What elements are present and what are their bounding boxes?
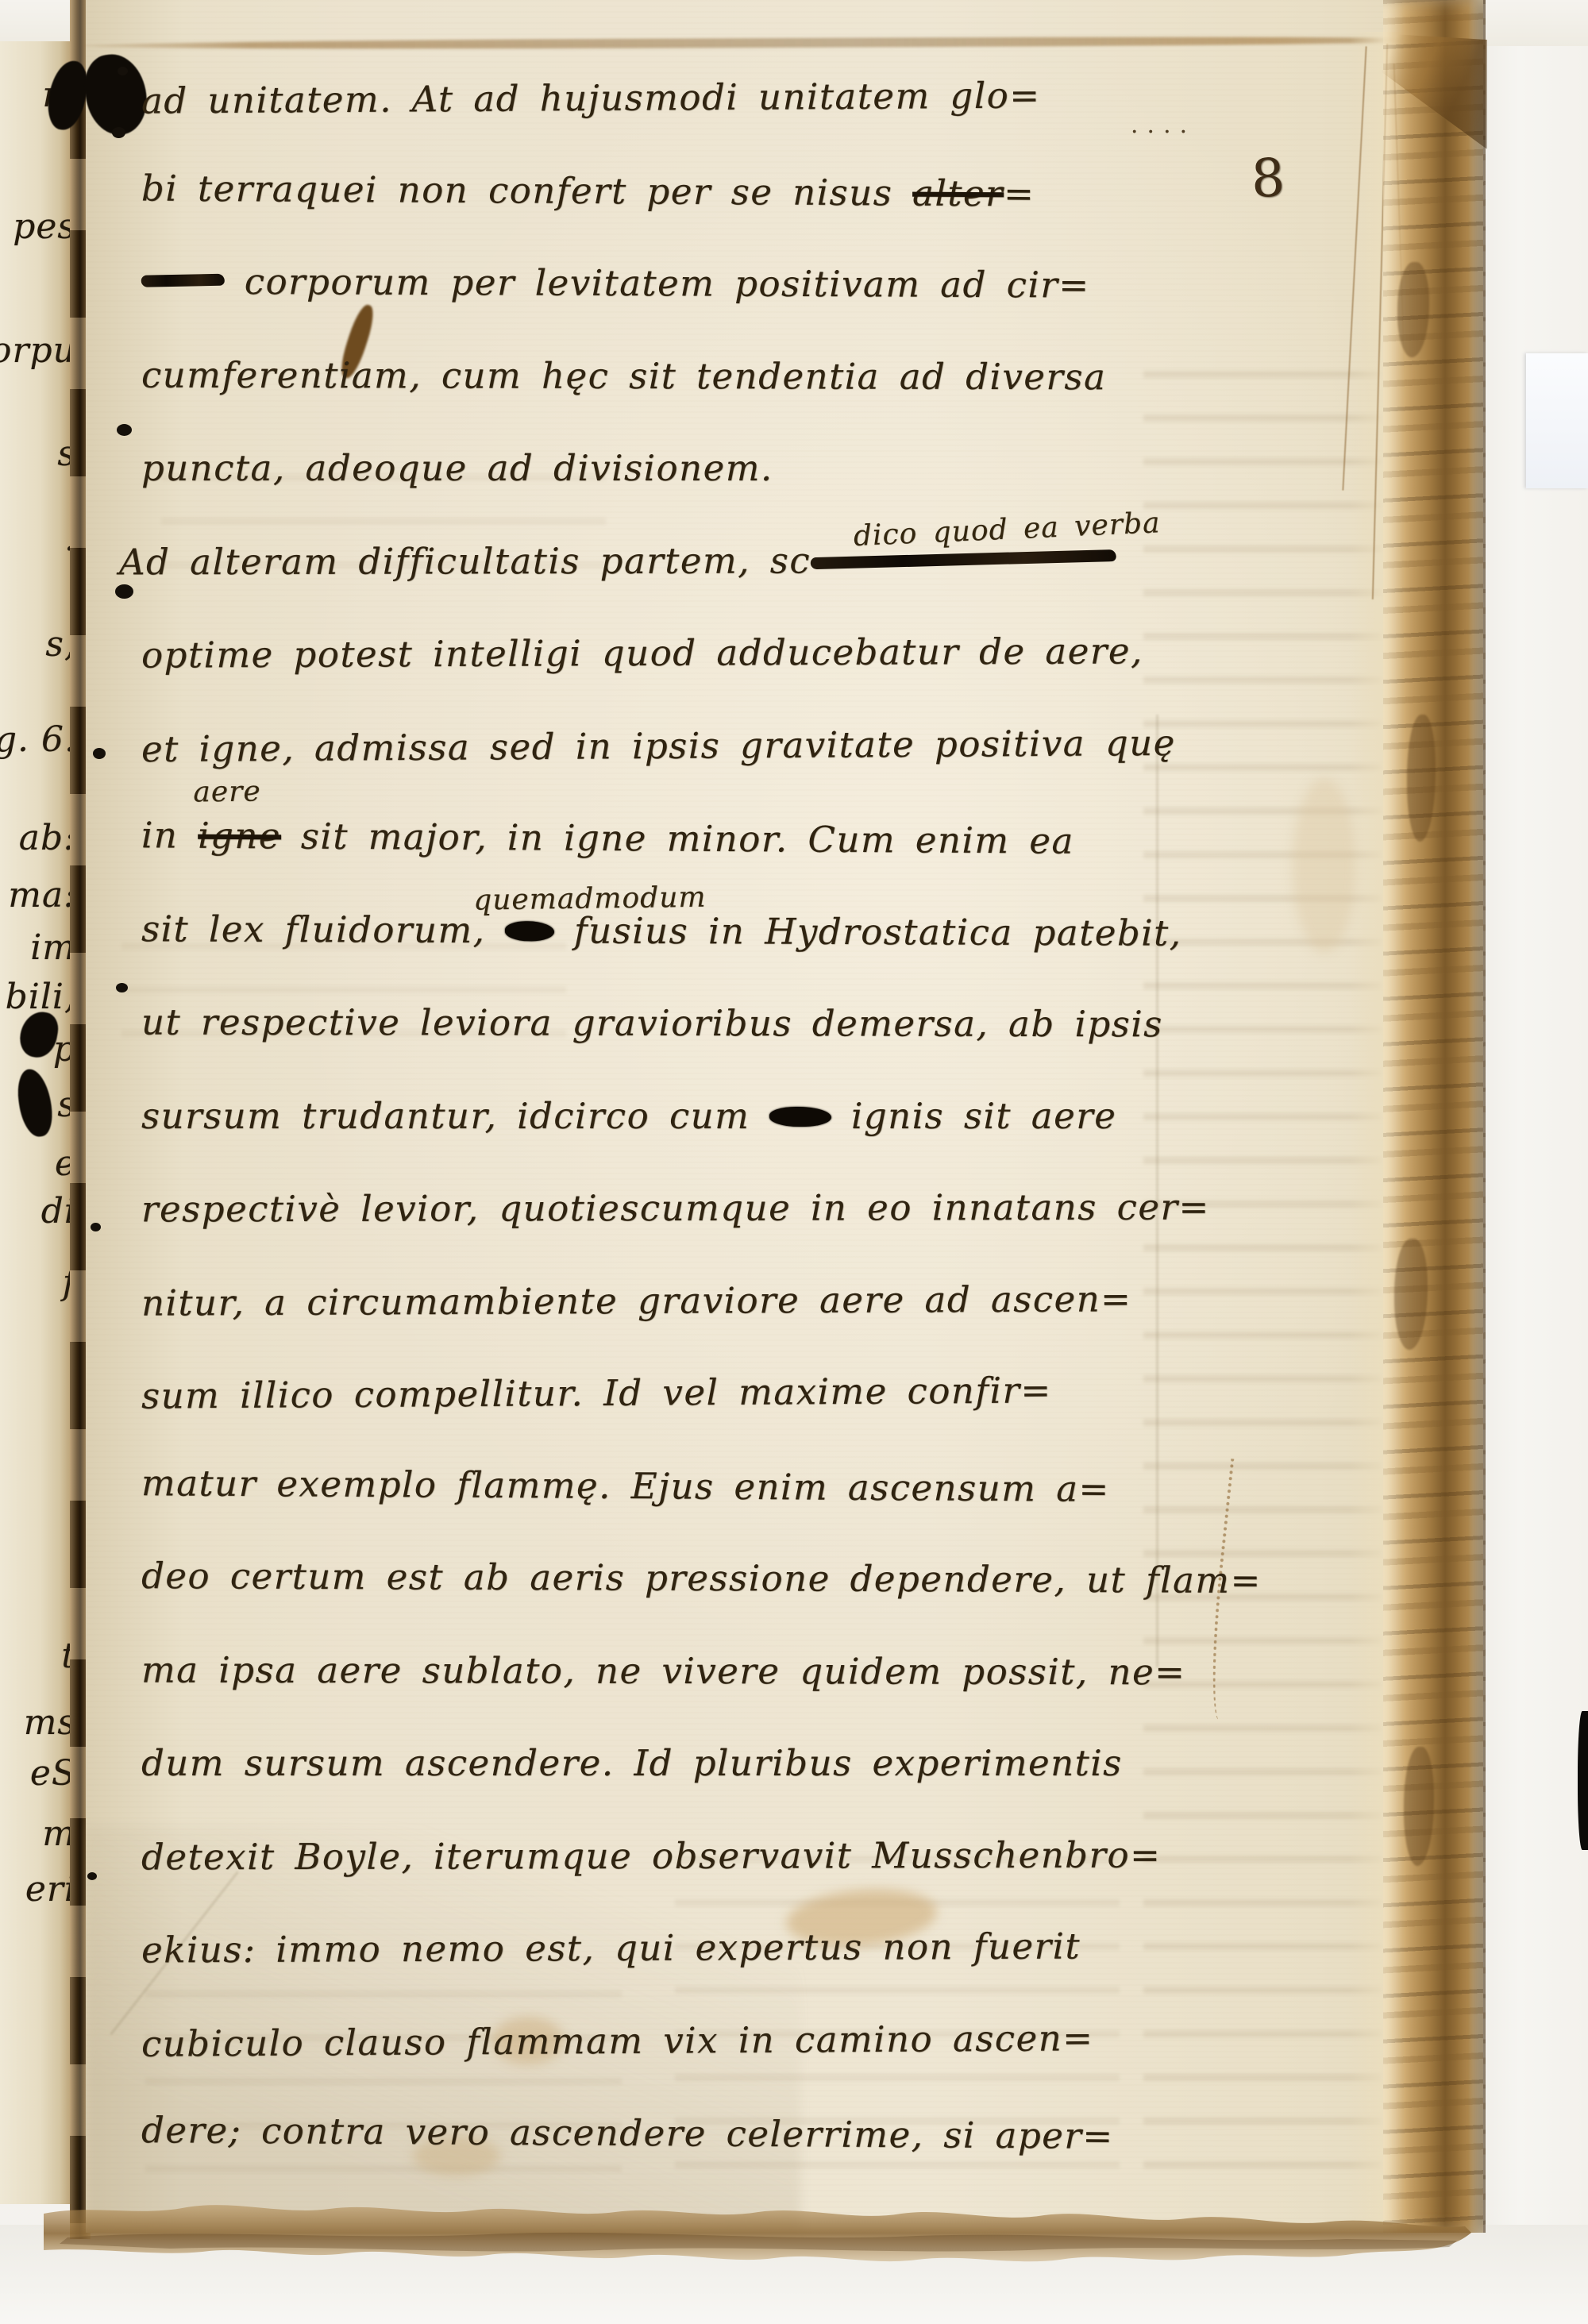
handwritten-text: ma ipsa aere sublato, ne vivere quidem p… (141, 1648, 1185, 1693)
manuscript-line: cubiculo clauso flammam vix in camino as… (141, 2019, 1094, 2063)
handwritten-text: sit lex fluidorum, (141, 908, 505, 951)
manuscript-line: sursum trudantur, idcirco cum ignis sit … (141, 1097, 1116, 1135)
margin-fragment: bili, (6, 980, 76, 1015)
manuscript-line: dere; contra vero ascendere celerrime, s… (141, 2111, 1114, 2155)
handwritten-text: nitur, a circumambiente graviore aere ad… (141, 1278, 1132, 1324)
torn-bottom-edge (44, 2164, 1485, 2284)
handwritten-text: = (1004, 172, 1035, 214)
manuscript-line: nitur, a circumambiente graviore aere ad… (141, 1280, 1132, 1321)
handwritten-text: ut respective leviora gravioribus demers… (141, 1001, 1163, 1046)
handwritten-text: fusius in Hydrostatica patebit, (554, 909, 1182, 954)
handwritten-text: in (141, 814, 198, 856)
handwritten-text: detexit Boyle, iterumque observavit Muss… (141, 1833, 1161, 1878)
handwritten-text: Ad alteram difficultatis partem, sc (119, 539, 811, 583)
handwritten-text: dum sursum ascendere. Id pluribus experi… (141, 1742, 1123, 1784)
manuscript-line: Ad alteram difficultatis partem, scdico … (119, 541, 1116, 580)
page-number: 8 (1251, 152, 1285, 205)
manuscript-line: et igne, admissa sed in ipsis gravitate … (141, 723, 1176, 767)
margin-fragment: corpu (0, 333, 76, 368)
previous-page-edge: mpescorpus·s,g. 6.ab:ma:imbili,psediſtms… (0, 41, 73, 2204)
manuscript-line: matur exemplo flammę. Ejus enim ascensum… (141, 1464, 1110, 1508)
manuscript-page: ad unitatem. At ad hujusmodi unitatem gl… (86, 0, 1483, 2233)
handwritten-text: respectivè levior, quotiescumque in eo i… (141, 1186, 1210, 1231)
scanner-background-right (1473, 0, 1588, 2324)
handwritten-text: dere; contra vero ascendere celerrime, s… (141, 2109, 1114, 2157)
scribbled-out-text (141, 274, 225, 287)
handwritten-text: et igne, admissa sed in ipsis gravitate … (141, 721, 1176, 769)
interlinear-insertion: dico quod ea verba (853, 509, 1161, 551)
text-block: ad unitatem. At ad hujusmodi unitatem gl… (86, 0, 1483, 2233)
manuscript-line: corporum per levitatem positivam ad cir= (141, 262, 1090, 303)
manuscript-line: sum illico compellitur. Id vel maxime co… (141, 1371, 1052, 1414)
manuscript-line: ma ipsa aere sublato, ne vivere quidem p… (141, 1651, 1185, 1690)
manuscript-line: dum sursum ascendere. Id pluribus experi… (141, 1744, 1123, 1782)
manuscript-line: ut respective leviora gravioribus demers… (141, 1004, 1163, 1043)
manuscript-line: puncta, adeoque ad divisionem. (141, 449, 773, 487)
edge-knot (1404, 1747, 1434, 1866)
margin-fragment: pes (13, 210, 76, 245)
ink-blot (769, 1107, 831, 1127)
struck-word: igneaere (198, 815, 281, 858)
manuscript-line: in igneaere sit major, in igne minor. Cu… (141, 816, 1074, 860)
edge-knot (1394, 1239, 1428, 1350)
torn-right-edge (1383, 0, 1486, 2233)
margin-fragment: ma: (8, 878, 76, 913)
ink-blot: quemadmodum (505, 921, 554, 941)
edge-knot (1397, 262, 1429, 357)
handwritten-text: ignis sit aere (831, 1095, 1116, 1137)
handwritten-text: cubiculo clauso flammam vix in camino as… (141, 2017, 1094, 2065)
interlinear-insertion: quemadmodum (473, 883, 707, 915)
manuscript-line: optime potest intelligi quod adducebatur… (141, 632, 1143, 674)
margin-fragment: ms (24, 1705, 76, 1740)
handwritten-text: ad unitatem. At ad hujusmodi unitatem gl… (141, 74, 1041, 121)
interlinear-insertion: aere (193, 778, 261, 807)
handwritten-text: matur exemplo flammę. Ejus enim ascensum… (141, 1462, 1110, 1510)
handwritten-text: corporum per levitatem positivam ad cir= (225, 260, 1090, 306)
margin-fragment: g. 6. (0, 723, 76, 757)
manuscript-line: detexit Boyle, iterumque observavit Muss… (141, 1836, 1161, 1875)
handwritten-text: sursum trudantur, idcirco cum (141, 1095, 769, 1137)
manuscript-line: ad unitatem. At ad hujusmodi unitatem gl… (141, 76, 1041, 119)
handwritten-text: cumferentiam, cum hęc sit tendentia ad d… (141, 353, 1106, 398)
manuscript-photo: mpescorpus·s,g. 6.ab:ma:imbili,psediſtms… (0, 0, 1588, 2324)
handwritten-text: bi terraquei non confert per se nisus (141, 167, 912, 214)
margin-fragment: ab: (19, 821, 76, 856)
manuscript-line: respectivè levior, quotiescumque in eo i… (141, 1189, 1210, 1228)
handwritten-text: ekius: immo nemo est, qui expertus non f… (141, 1925, 1081, 1971)
manuscript-line: sit lex fluidorum, quemadmodum fusius in… (141, 910, 1182, 952)
handwritten-text: deo certum est ab aeris pressione depend… (141, 1555, 1262, 1601)
margin-fragment: eri (25, 1872, 76, 1907)
handwritten-text: sit major, in igne minor. Cum enim ea (281, 815, 1074, 861)
scribbled-out-text: dico quod ea verba (811, 549, 1116, 568)
handwritten-text: puncta, adeoque ad divisionem. (141, 447, 773, 489)
manuscript-line: ekius: immo nemo est, qui expertus non f… (141, 1928, 1081, 1969)
calibration-tab (1526, 353, 1588, 488)
struck-word: alter (912, 172, 1004, 214)
manuscript-line: deo certum est ab aeris pressione depend… (141, 1557, 1262, 1599)
background-dark-sliver (1578, 1711, 1588, 1850)
handwritten-text: sum illico compellitur. Id vel maxime co… (141, 1369, 1052, 1416)
ink-dots: ···· (1131, 121, 1196, 145)
handwritten-text: optime potest intelligi quod adducebatur… (141, 630, 1143, 676)
manuscript-line: cumferentiam, cum hęc sit tendentia ad d… (141, 356, 1106, 395)
manuscript-line: bi terraquei non confert per se nisus al… (141, 169, 1035, 212)
edge-knot (1407, 715, 1436, 842)
